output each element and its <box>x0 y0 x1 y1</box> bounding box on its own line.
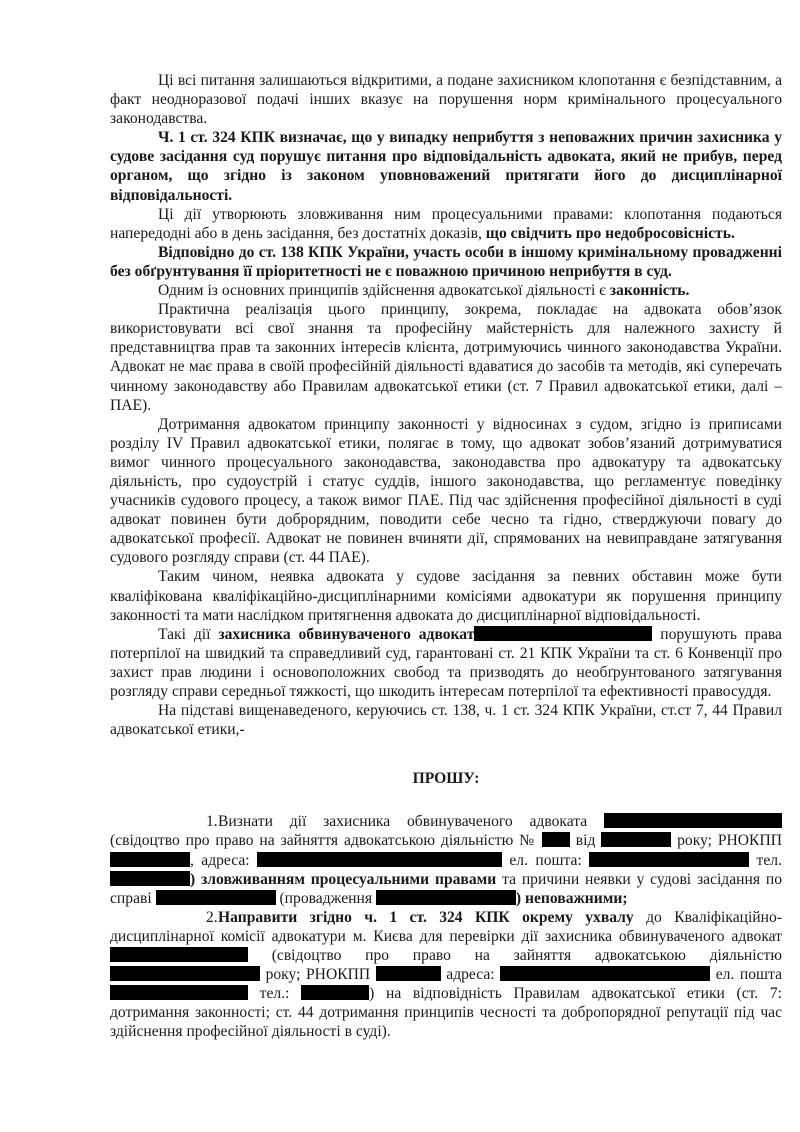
redaction-bar <box>301 985 369 1000</box>
paragraph-2: Ч. 1 ст. 324 КПК визначає, що у випадку … <box>110 128 782 204</box>
request-item-2: 2.Направити згідно ч. 1 ст. 324 КПК окре… <box>110 908 782 1042</box>
text: від <box>570 832 601 849</box>
text: Визнати дії захисника обвинуваченого адв… <box>218 813 604 830</box>
bold-text: ) неповажними; <box>516 890 628 907</box>
paragraph-10: На підставі вищенаведеного, керуючись ст… <box>110 701 782 739</box>
bold-text: законність. <box>610 282 690 299</box>
text: ел. пошта <box>710 966 782 983</box>
text: року; РНОКПП <box>671 832 782 849</box>
text: (свідоцтво про право на зайняття адвокат… <box>110 832 542 849</box>
redaction-bar <box>156 890 276 905</box>
paragraph-7: Дотримання адвокатом принципу законності… <box>110 415 782 568</box>
redaction-bar <box>500 966 710 981</box>
paragraph-9: Такі дії захисника обвинуваченого адвока… <box>110 625 782 701</box>
redaction-bar <box>474 626 652 641</box>
redaction-bar <box>110 871 190 886</box>
redaction-bar <box>376 966 441 981</box>
redaction-bar <box>376 890 516 905</box>
paragraph-4: Відповідно до ст. 138 КПК України, участ… <box>110 243 782 281</box>
redaction-bar <box>110 852 190 867</box>
bold-text: захисника обвинуваченого адвокат <box>218 626 474 643</box>
paragraph-6: Практична реалізація цього принципу, зок… <box>110 300 782 415</box>
request-title: ПРОШУ: <box>110 769 782 788</box>
text: (провадження <box>276 890 376 907</box>
paragraph-8: Таким чином, неявка адвоката у судове за… <box>110 567 782 624</box>
redaction-bar <box>257 852 502 867</box>
document-page: Ці всі питання залишаються відкритими, а… <box>110 71 782 1042</box>
bold-text: Направити згідно ч. 1 ст. 324 КПК окрему… <box>218 909 634 926</box>
bold-text: ) зловживанням процесуальними правами <box>190 871 496 888</box>
text: Такі дії <box>158 626 218 643</box>
text: , адреса: <box>190 852 257 869</box>
redaction-bar <box>601 832 671 847</box>
paragraph-3: Ці дії утворюють зловживання ним процесу… <box>110 205 782 243</box>
redaction-bar <box>110 947 248 962</box>
text: адреса: <box>441 966 500 983</box>
text: року; РНОКПП <box>260 966 376 983</box>
request-item-1: 1.Визнати дії захисника обвинуваченого а… <box>110 812 782 907</box>
redaction-bar <box>542 832 570 847</box>
text: ел. пошта: <box>502 852 589 869</box>
redaction-bar <box>604 813 782 828</box>
bold-text: що свідчить про недобросовісність. <box>486 225 735 242</box>
text: тел. <box>749 852 782 869</box>
redaction-bar <box>589 852 749 867</box>
text: Одним із основних принципів здійснення а… <box>158 282 610 299</box>
redaction-bar <box>110 985 248 1000</box>
redaction-bar <box>110 966 260 981</box>
item-number: 2. <box>158 908 218 927</box>
paragraph-5: Одним із основних принципів здійснення а… <box>110 281 782 300</box>
item-number: 1. <box>158 812 218 831</box>
text: тел.: <box>248 985 301 1002</box>
text: (свідоцтво про право на зайняття адвокат… <box>248 947 782 964</box>
paragraph-1: Ці всі питання залишаються відкритими, а… <box>110 71 782 128</box>
